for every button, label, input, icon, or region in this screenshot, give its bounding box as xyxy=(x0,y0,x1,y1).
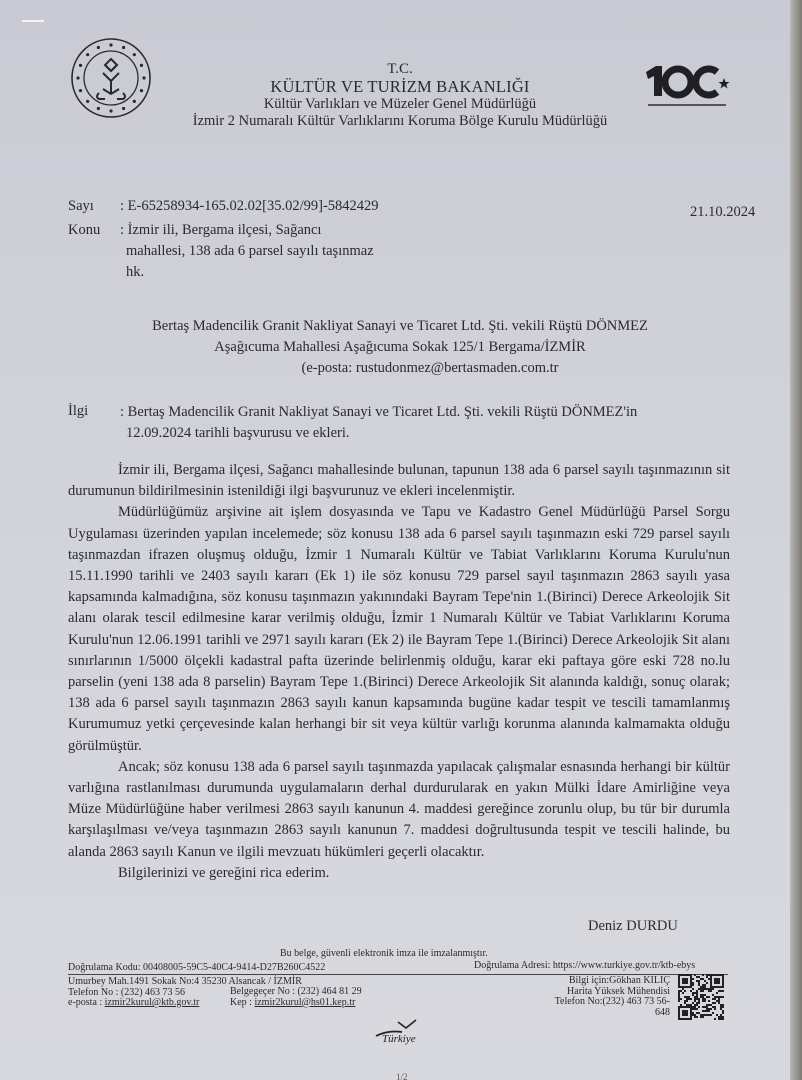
ministry-emblem-icon xyxy=(70,37,152,119)
konu-line: mahallesi, 138 ada 6 parsel sayılı taşın… xyxy=(120,241,374,262)
body-paragraph: Müdürlüğümüz arşivine ait işlem dosyasın… xyxy=(68,502,730,756)
header-directorate: Kültür Varlıkları ve Müzeler Genel Müdür… xyxy=(150,96,650,113)
signatory-name: Deniz DURDU xyxy=(588,918,678,935)
brand-text: Türkiye xyxy=(382,1033,416,1045)
letter-body: İzmir ili, Bergama ilçesi, Sağancı mahal… xyxy=(68,460,730,884)
contact-person: Bilgi için:Gökhan KILIÇ Harita Yüksek Mü… xyxy=(540,976,670,1018)
qr-code-icon xyxy=(678,974,724,1020)
sayi-label: Sayı xyxy=(68,198,94,215)
document-page: T.C. KÜLTÜR VE TURİZM BAKANLIĞI Kültür V… xyxy=(0,0,790,1080)
ilgi-value: : Bertaş Madencilik Granit Nakliyat Sana… xyxy=(120,402,637,444)
body-paragraph: İzmir ili, Bergama ilçesi, Sağancı mahal… xyxy=(68,460,730,502)
addressee-email: (e-posta: rustudonmez@bertasmaden.com.tr xyxy=(100,358,700,379)
page-edge xyxy=(790,0,802,1080)
contact-block-2: Belgegeçer No : (232) 464 81 29 Kep : iz… xyxy=(230,987,362,1008)
republic-100-logo xyxy=(640,62,732,112)
page-number: 1/2 xyxy=(396,1072,408,1080)
ilgi-line: : Bertaş Madencilik Granit Nakliyat Sana… xyxy=(120,402,637,423)
info-line: Telefon No:(232) 463 73 56- xyxy=(540,997,670,1008)
turkiye-brand-logo: Türkiye xyxy=(370,1016,430,1046)
konu-label: Konu xyxy=(68,222,100,239)
konu-line: : İzmir ili, Bergama ilçesi, Sağancı xyxy=(120,220,374,241)
konu-line: hk. xyxy=(120,262,374,283)
info-line: Bilgi için:Gökhan KILIÇ xyxy=(540,976,670,987)
body-paragraph: Ancak; söz konusu 138 ada 6 parsel sayıl… xyxy=(68,757,730,863)
office-email-link[interactable]: izmir2kurul@ktb.gov.tr xyxy=(105,997,200,1008)
addressee-address: Aşağıcuma Mahallesi Aşağıcuma Sokak 125/… xyxy=(100,337,700,358)
header-ministry: KÜLTÜR VE TURİZM BAKANLIĞI xyxy=(150,77,650,96)
ilgi-line: 12.09.2024 tarihli başvurusu ve ekleri. xyxy=(120,423,637,444)
addressee-block: Bertaş Madencilik Granit Nakliyat Sanayi… xyxy=(100,316,700,379)
paper-mark xyxy=(22,20,44,22)
verification-code: Doğrulama Kodu: 00408005-59C5-40C4-9414-… xyxy=(68,962,325,973)
body-paragraph: Bilgilerinizi ve gereğini rica ederim. xyxy=(68,863,730,884)
kep-line: Kep : izmir2kurul@hs01.kep.tr xyxy=(230,998,362,1009)
kep-label: Kep : xyxy=(230,997,254,1008)
esign-note: Bu belge, güvenli elektronik imza ile im… xyxy=(280,948,488,959)
sayi-value: : E-65258934-165.02.02[35.02/99]-5842429 xyxy=(120,196,379,217)
letterhead: T.C. KÜLTÜR VE TURİZM BAKANLIĞI Kültür V… xyxy=(150,62,650,130)
kep-link[interactable]: izmir2kurul@hs01.kep.tr xyxy=(254,997,355,1008)
document-date: 21.10.2024 xyxy=(690,204,755,221)
header-board: İzmir 2 Numaralı Kültür Varlıklarını Kor… xyxy=(150,113,650,130)
konu-value: : İzmir ili, Bergama ilçesi, Sağancı mah… xyxy=(120,220,374,283)
email-label: e-posta : xyxy=(68,997,105,1008)
header-tc: T.C. xyxy=(150,62,650,77)
verification-address[interactable]: Doğrulama Adresi: https://www.turkiye.go… xyxy=(474,960,695,971)
addressee-name: Bertaş Madencilik Granit Nakliyat Sanayi… xyxy=(100,316,700,337)
ilgi-label: İlgi xyxy=(68,403,88,420)
info-line: 648 xyxy=(540,1008,670,1019)
